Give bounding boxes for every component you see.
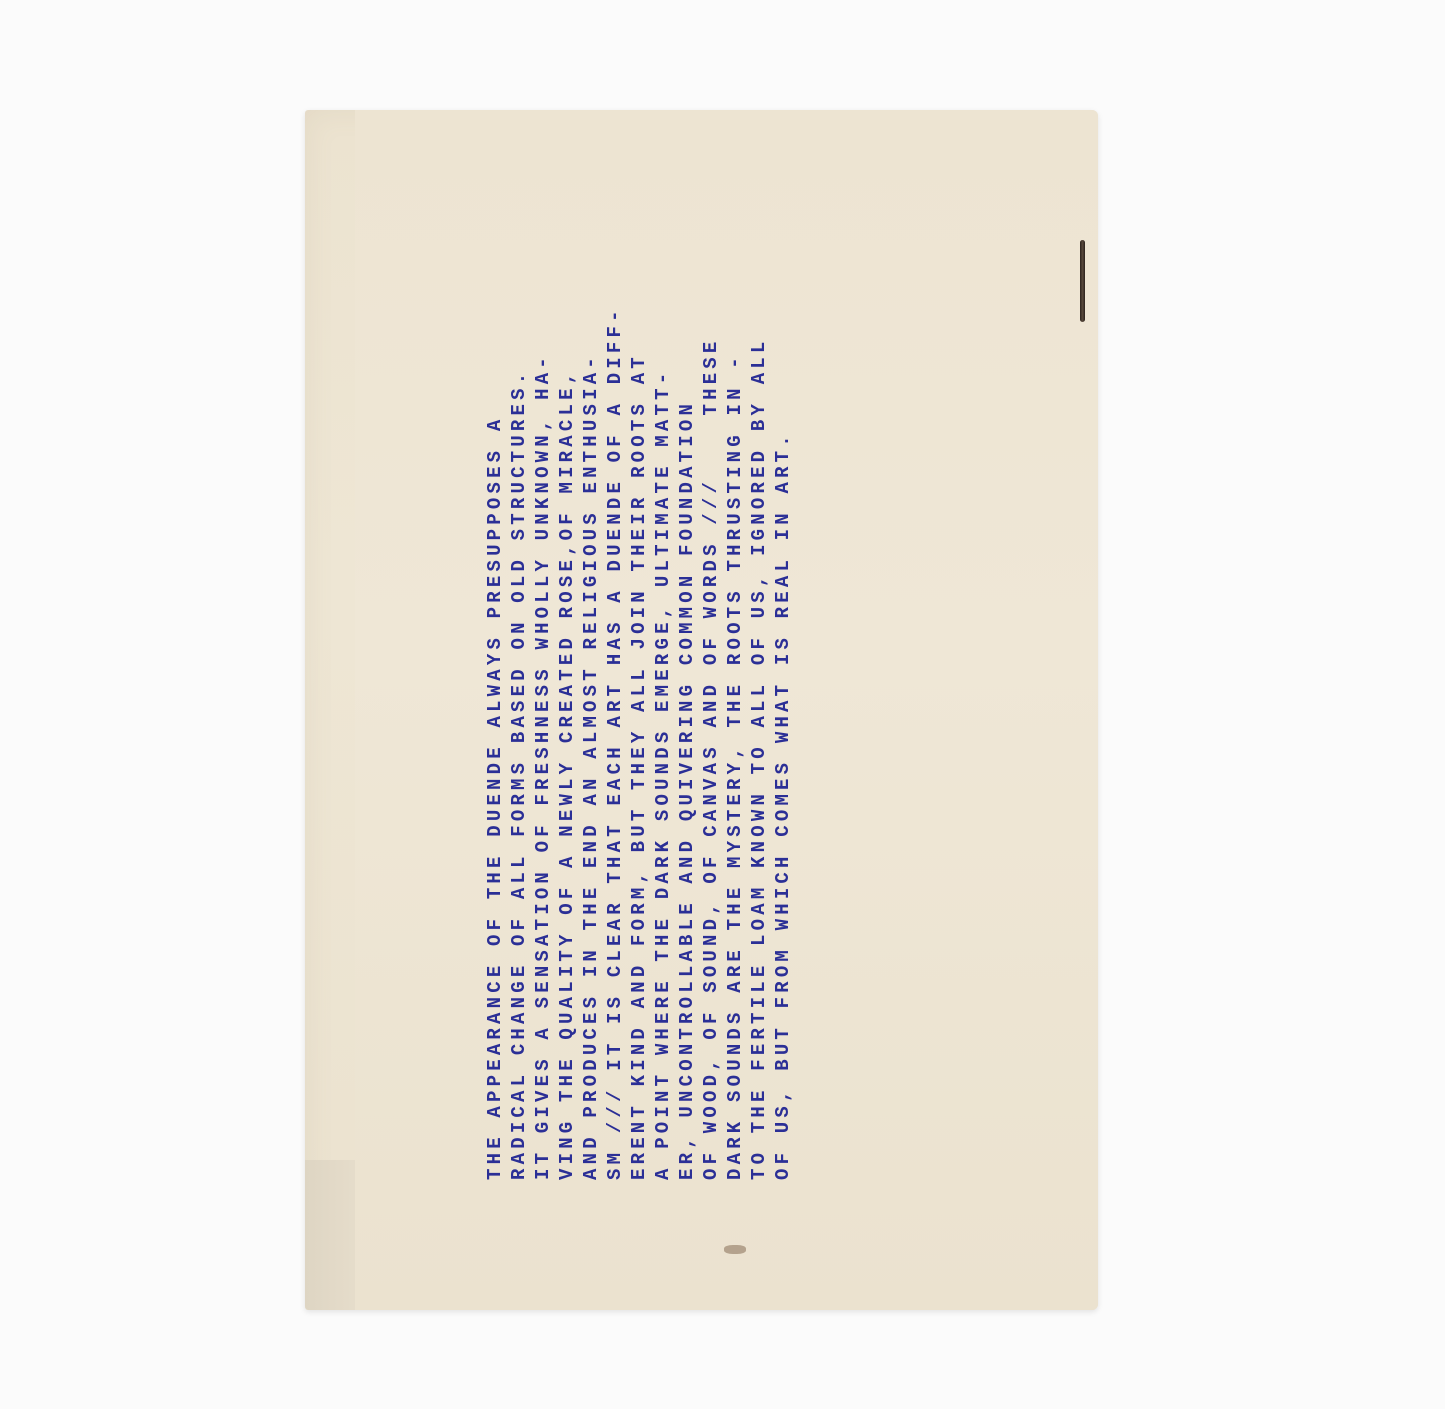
text-line: OF US, BUT FROM WHICH COMES WHAT IS REAL… <box>771 80 795 1180</box>
text-line: THE APPEARANCE OF THE DUENDE ALWAYS PRES… <box>483 80 507 1180</box>
text-line: RADICAL CHANGE OF ALL FORMS BASED ON OLD… <box>507 80 531 1180</box>
text-line: A POINT WHERE THE DARK SOUNDS EMERGE, UL… <box>651 80 675 1180</box>
text-line: SM /// IT IS CLEAR THAT EACH ART HAS A D… <box>603 80 627 1180</box>
text-line: ER, UNCONTROLLABLE AND QUIVERING COMMON … <box>675 80 699 1180</box>
text-line: DARK SOUNDS ARE THE MYSTERY, THE ROOTS T… <box>723 80 747 1180</box>
inner-page-edge <box>305 1160 360 1310</box>
text-line: VING THE QUALITY OF A NEWLY CREATED ROSE… <box>555 80 579 1180</box>
text-line: OF WOOD, OF SOUND, OF CANVAS AND OF WORD… <box>699 80 723 1180</box>
text-line: AND PRODUCES IN THE END AN ALMOST RELIGI… <box>579 80 603 1180</box>
staple-icon <box>1080 240 1085 322</box>
text-line: ERENT KIND AND FORM, BUT THEY ALL JOIN T… <box>627 80 651 1180</box>
text-line: IT GIVES A SENSATION OF FRESHNESS WHOLLY… <box>531 80 555 1180</box>
text-line: TO THE FERTILE LOAM KNOWN TO ALL OF US, … <box>747 80 771 1180</box>
stain-mark <box>724 1245 746 1254</box>
typewritten-text-block: THE APPEARANCE OF THE DUENDE ALWAYS PRES… <box>483 80 795 1180</box>
